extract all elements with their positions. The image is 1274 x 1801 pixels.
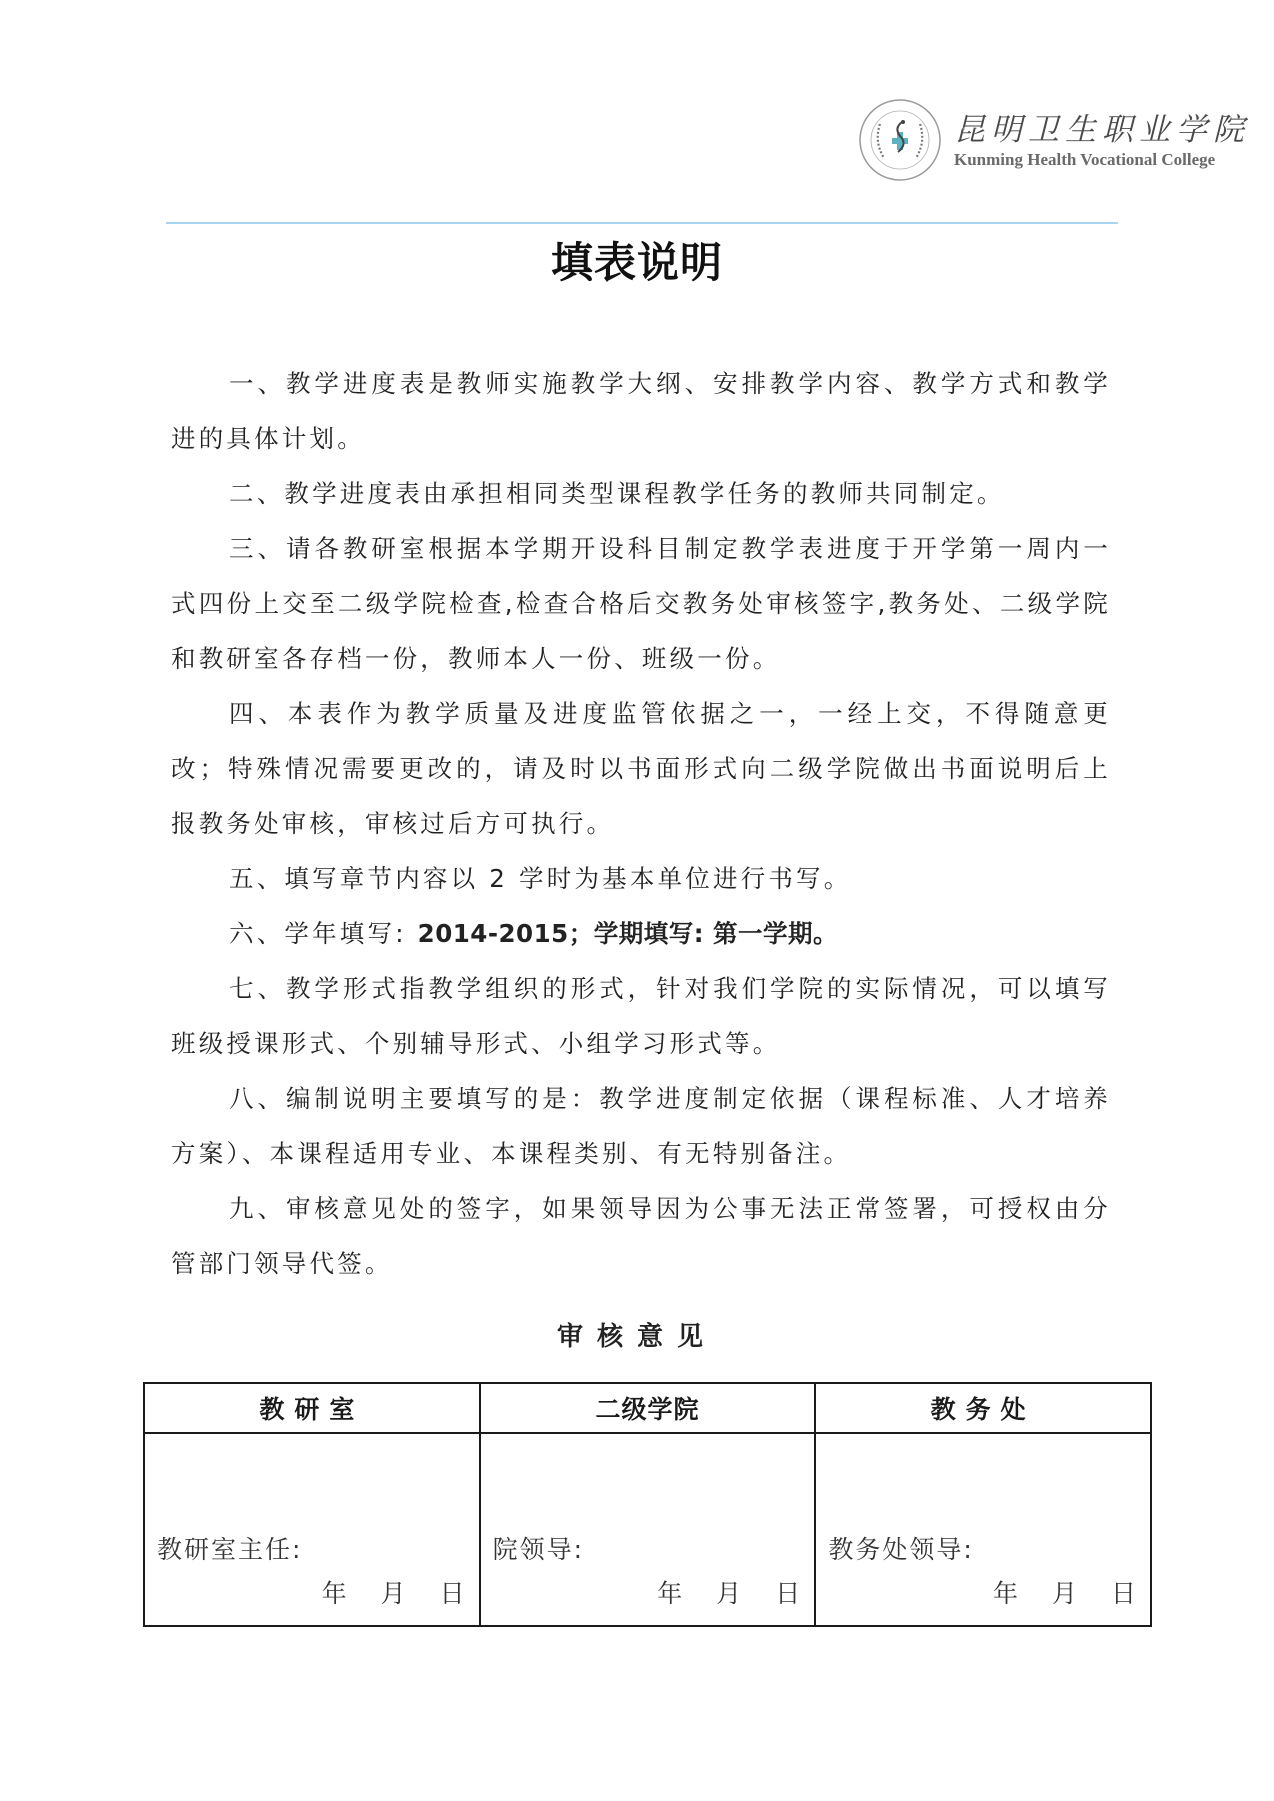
date-month-label: 月 (716, 1574, 741, 1610)
review-table: 教研室 二级学院 教务处 教研室主任: 年 月 日 院领导: 年 月 日 教务处… (143, 1382, 1152, 1627)
signature-cell-secondary-college[interactable]: 院领导: 年 月 日 (480, 1433, 816, 1626)
instruction-item-9: 九、审核意见处的签字，如果领导因为公事无法正常签署，可授权由分管部门领导代签。 (171, 1181, 1111, 1291)
signature-cell-teaching-office[interactable]: 教研室主任: 年 月 日 (144, 1433, 480, 1626)
instruction-item-7: 七、教学形式指教学组织的形式，针对我们学院的实际情况，可以填写班级授课形式、个别… (171, 961, 1111, 1071)
instruction-item-3: 三、请各教研室根据本学期开设科目制定教学表进度于开学第一周内一式四份上交至二级学… (171, 521, 1111, 686)
review-heading: 审核意见 (0, 1316, 1274, 1353)
signer-label: 院领导: (493, 1530, 584, 1566)
college-logo: 昆明卫生职业学院 Kunming Health Vocational Colle… (858, 98, 1238, 184)
date-day-label: 日 (440, 1574, 465, 1610)
date-year-label: 年 (993, 1574, 1018, 1610)
college-name-cn: 昆明卫生职业学院 (954, 104, 1250, 149)
header-divider (166, 222, 1118, 224)
instruction-item-6: 六、学年填写: 2014-2015；学期填写: 第一学期。 (171, 906, 1111, 961)
college-name-en: Kunming Health Vocational College (954, 150, 1215, 170)
date-month-label: 月 (1052, 1574, 1077, 1610)
instruction-item-4: 四、本表作为教学质量及进度监管依据之一，一经上交，不得随意更改；特殊情况需要更改… (171, 686, 1111, 851)
signature-cell-academic-affairs[interactable]: 教务处领导: 年 月 日 (815, 1433, 1151, 1626)
date-year-label: 年 (657, 1574, 682, 1610)
instruction-item-6-values: 2014-2015；学期填写: 第一学期。 (418, 919, 838, 948)
sign-date: 年 月 日 (322, 1574, 465, 1610)
date-day-label: 日 (775, 1574, 800, 1610)
review-table-header-row: 教研室 二级学院 教务处 (144, 1383, 1151, 1433)
signer-label: 教研室主任: (157, 1530, 302, 1566)
column-header-academic-affairs: 教务处 (815, 1383, 1151, 1433)
instruction-item-6-prefix: 六、学年填写: (229, 919, 418, 948)
column-header-teaching-office: 教研室 (144, 1383, 480, 1433)
instruction-item-8: 八、编制说明主要填写的是：教学进度制定依据（课程标准、人才培养方案）、本课程适用… (171, 1071, 1111, 1181)
sign-date: 年 月 日 (993, 1574, 1136, 1610)
date-month-label: 月 (381, 1574, 406, 1610)
signer-label: 教务处领导: (828, 1530, 973, 1566)
instruction-item-1: 一、教学进度表是教师实施教学大纲、安排教学内容、教学方式和教学进的具体计划。 (171, 356, 1111, 466)
instruction-item-5: 五、填写章节内容以 2 学时为基本单位进行书写。 (171, 851, 1111, 906)
document-title: 填表说明 (0, 230, 1274, 290)
date-year-label: 年 (322, 1574, 347, 1610)
instruction-item-2: 二、教学进度表由承担相同类型课程教学任务的教师共同制定。 (171, 466, 1111, 521)
college-seal-icon (858, 98, 942, 182)
column-header-secondary-college: 二级学院 (480, 1383, 816, 1433)
sign-date: 年 月 日 (657, 1574, 800, 1610)
instructions-body: 一、教学进度表是教师实施教学大纲、安排教学内容、教学方式和教学进的具体计划。 二… (171, 356, 1111, 1291)
review-table-signature-row: 教研室主任: 年 月 日 院领导: 年 月 日 教务处领导: 年 月 日 (144, 1433, 1151, 1626)
date-day-label: 日 (1111, 1574, 1136, 1610)
